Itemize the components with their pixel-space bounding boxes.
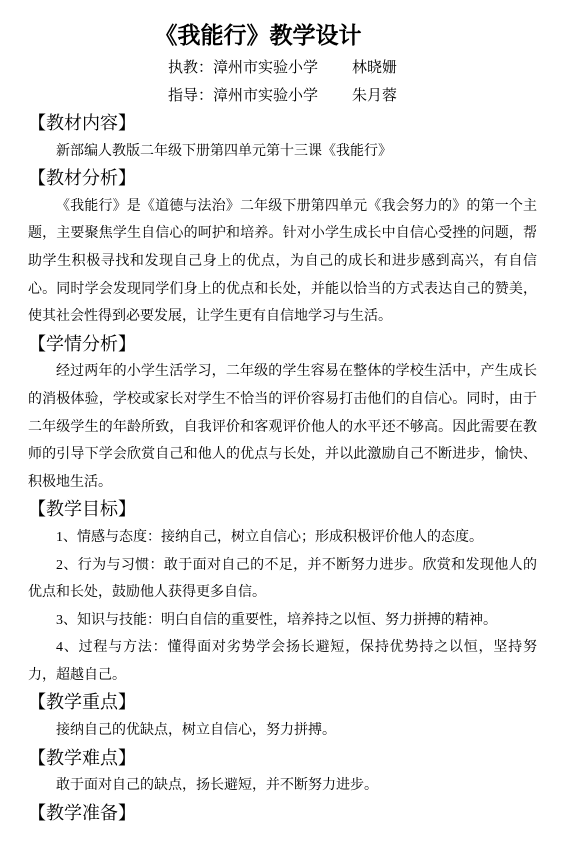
paragraph-teaching-difficulties: 敢于面对自己的缺点，扬长避短，并不断努力进步。 [28, 772, 537, 800]
document-body: 【教材内容】 新部编人教版二年级下册第四单元第十三课《我能行》 【教材分析】 《… [28, 110, 537, 827]
document-title: 《我能行》教学设计 [28, 18, 488, 54]
byline-instructor: 执教：漳州市实验小学林晓姗 [28, 54, 537, 82]
section-heading-material-analysis: 【教材分析】 [28, 165, 537, 193]
section-heading-material-content: 【教材内容】 [28, 110, 537, 138]
section-heading-teaching-difficulties: 【教学难点】 [28, 745, 537, 773]
paragraph-learner-analysis: 经过两年的小学生活学习，二年级的学生容易在整体的学校生活中，产生成长的消极体验，… [28, 358, 537, 496]
paragraph-teaching-key-points: 接纳自己的优缺点，树立自信心，努力拼搏。 [28, 717, 537, 745]
byline-advisor-school: 指导：漳州市实验小学 [168, 88, 318, 104]
byline-advisor-name: 朱月蓉 [352, 88, 397, 104]
byline-instructor-school: 执教：漳州市实验小学 [168, 60, 318, 76]
objective-item-emotion-attitude: 1、情感与态度：接纳自己，树立自信心；形成积极评价他人的态度。 [28, 524, 537, 552]
section-heading-teaching-key-points: 【教学重点】 [28, 689, 537, 717]
objective-item-process-method: 4、过程与方法：懂得面对劣势学会扬长避短，保持优势持之以恒，坚持努力，超越自己。 [28, 634, 537, 689]
section-heading-teaching-objectives: 【教学目标】 [28, 496, 537, 524]
section-heading-teaching-preparation: 【教学准备】 [28, 800, 537, 828]
section-heading-learner-analysis: 【学情分析】 [28, 331, 537, 359]
byline-instructor-name: 林晓姗 [352, 60, 397, 76]
objective-item-knowledge-skill: 3、知识与技能：明白自信的重要性，培养持之以恒、努力拼搏的精神。 [28, 607, 537, 635]
objective-item-behavior-habit: 2、行为与习惯：敢于面对自己的不足，并不断努力进步。欣赏和发现他人的优点和长处，… [28, 552, 537, 607]
document-page: 《我能行》教学设计 执教：漳州市实验小学林晓姗 指导：漳州市实验小学朱月蓉 【教… [0, 0, 566, 843]
paragraph-material-analysis: 《我能行》是《道德与法治》二年级下册第四单元《我会努力的》的第一个主题，主要聚焦… [28, 193, 537, 331]
paragraph-material-content: 新部编人教版二年级下册第四单元第十三课《我能行》 [28, 138, 537, 166]
byline-advisor: 指导：漳州市实验小学朱月蓉 [28, 82, 537, 110]
